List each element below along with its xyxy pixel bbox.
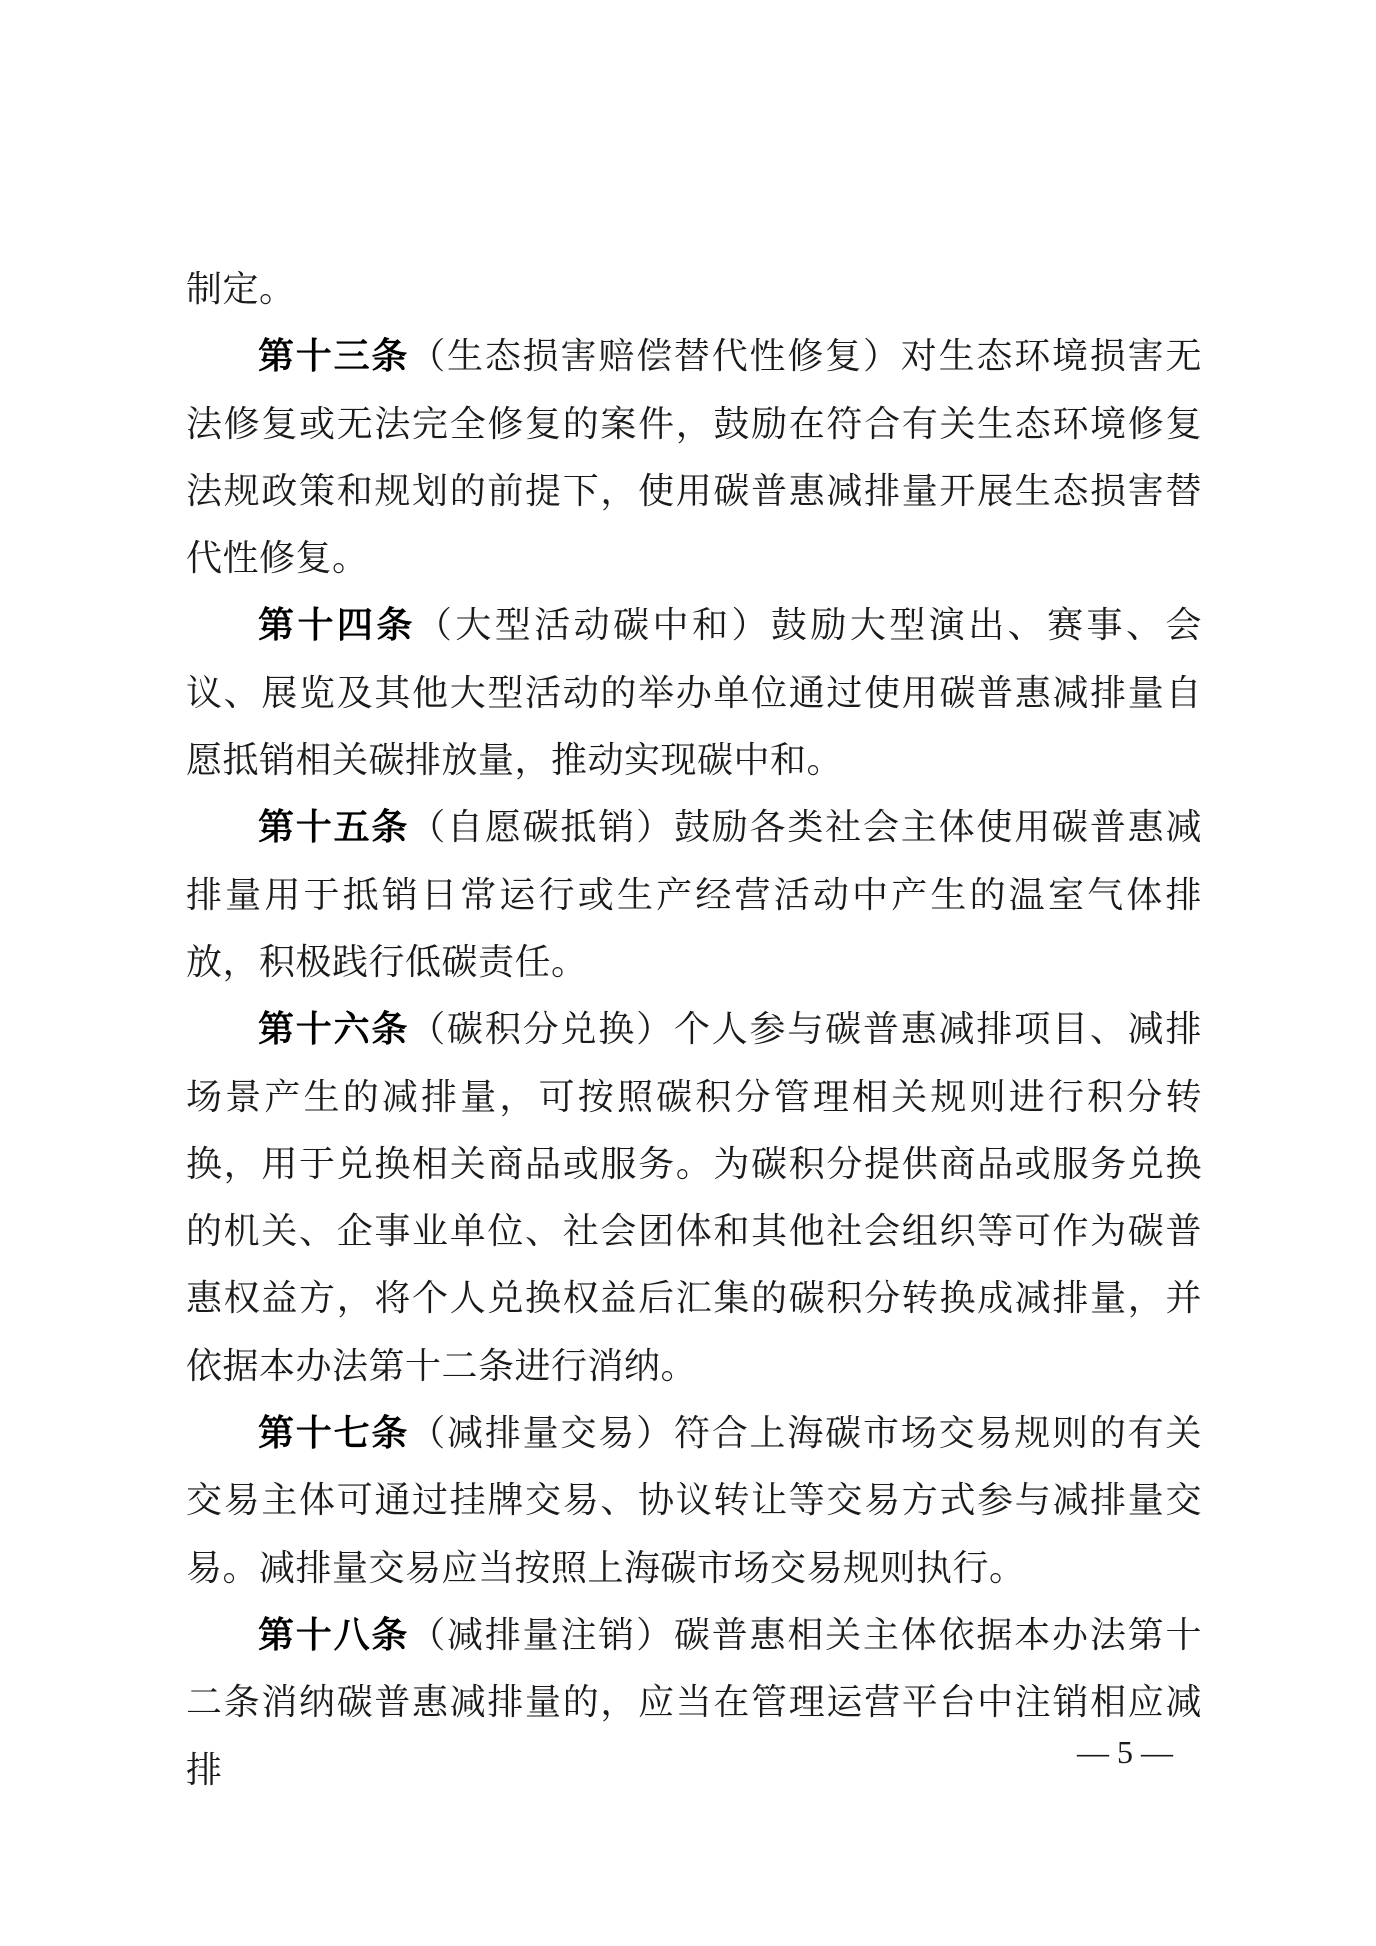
article-17: 第十七条（减排量交易）符合上海碳市场交易规则的有关交易主体可通过挂牌交易、协议转… <box>186 1400 1202 1602</box>
continuation-text: 制定。 <box>186 269 296 310</box>
document-body: 制定。 第十三条（生态损害赔偿替代性修复）对生态环境损害无法修复或无法完全修复的… <box>186 256 1202 1804</box>
document-page: 制定。 第十三条（生态损害赔偿替代性修复）对生态环境损害无法修复或无法完全修复的… <box>0 0 1376 1946</box>
page-number: — 5 — <box>1060 1732 1190 1772</box>
article-title: （减排量注销） <box>409 1615 674 1656</box>
article-number: 第十七条 <box>258 1413 409 1454</box>
article-number: 第十六条 <box>258 1009 409 1050</box>
article-18: 第十八条（减排量注销）碳普惠相关主体依据本办法第十二条消纳碳普惠减排量的，应当在… <box>186 1602 1202 1804</box>
article-title: （生态损害赔偿替代性修复） <box>409 336 901 377</box>
continuation-paragraph: 制定。 <box>186 256 1202 323</box>
article-13: 第十三条（生态损害赔偿替代性修复）对生态环境损害无法修复或无法完全修复的案件，鼓… <box>186 323 1202 592</box>
article-number: 第十八条 <box>258 1615 409 1656</box>
article-15: 第十五条（自愿碳抵销）鼓励各类社会主体使用碳普惠减排量用于抵销日常运行或生产经营… <box>186 794 1202 996</box>
article-16: 第十六条（碳积分兑换）个人参与碳普惠减排项目、减排场景产生的减排量，可按照碳积分… <box>186 996 1202 1400</box>
article-number: 第十五条 <box>258 807 409 848</box>
article-title: （自愿碳抵销） <box>409 807 674 848</box>
article-number: 第十四条 <box>258 605 416 646</box>
article-body: 个人参与碳普惠减排项目、减排场景产生的减排量，可按照碳积分管理相关规则进行积分转… <box>186 1009 1202 1386</box>
article-title: （减排量交易） <box>409 1413 674 1454</box>
article-title: （碳积分兑换） <box>409 1009 674 1050</box>
article-number: 第十三条 <box>258 336 409 377</box>
article-14: 第十四条（大型活动碳中和）鼓励大型演出、赛事、会议、展览及其他大型活动的举办单位… <box>186 592 1202 794</box>
article-title: （大型活动碳中和） <box>416 605 771 646</box>
